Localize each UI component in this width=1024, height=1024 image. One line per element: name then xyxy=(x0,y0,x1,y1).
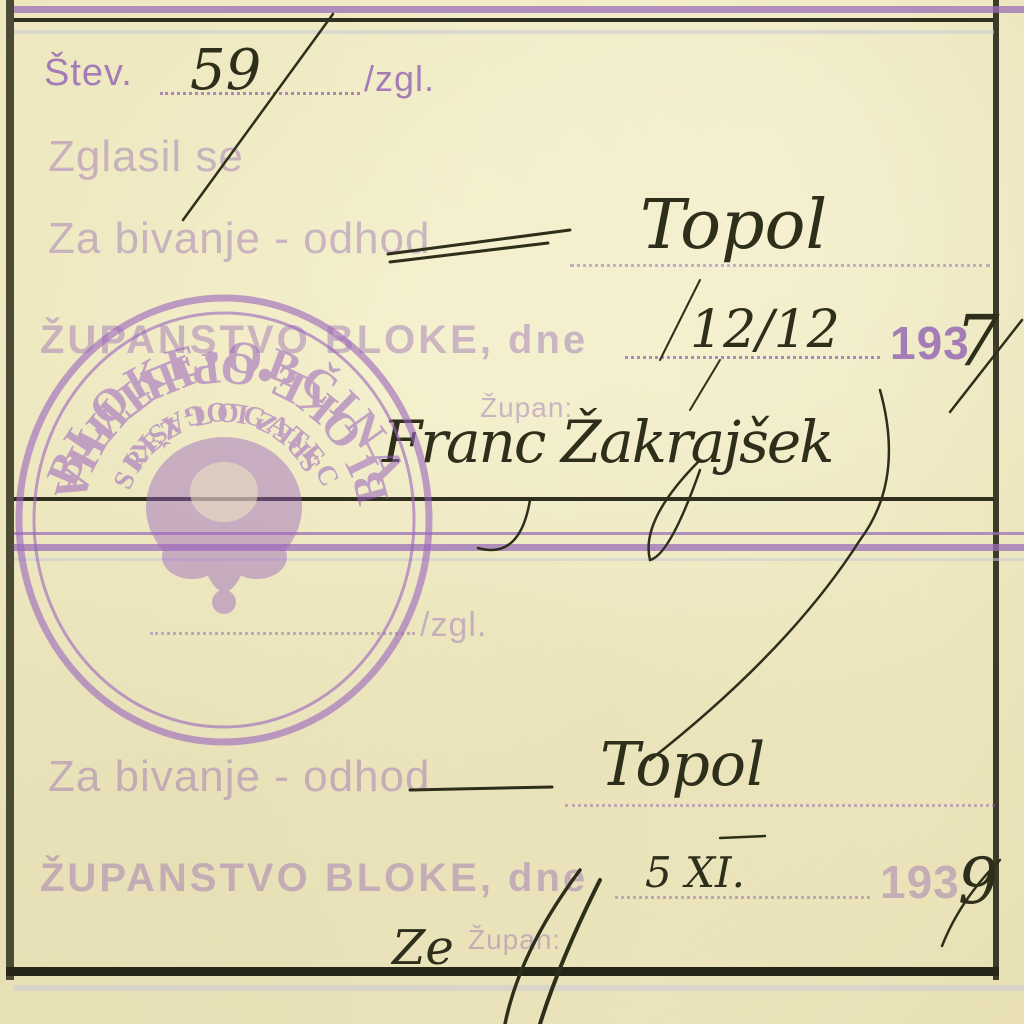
handwritten-stay-place: Topol xyxy=(640,186,827,265)
lower-stay-label: Za bivanje - odhod xyxy=(48,752,430,802)
handwritten-year-digit: 7 xyxy=(955,300,1000,382)
frame-right-border xyxy=(993,0,999,980)
handwritten-number: 59 xyxy=(190,38,261,103)
lower-stay-dotted-line xyxy=(565,804,995,807)
lower-mayor-signature: Ze xyxy=(392,920,454,976)
lower-office-label: ŽUPANSTVO BLOKE, dne xyxy=(40,856,588,901)
mayor-signature: Franc Žakrajšek xyxy=(382,408,832,476)
lower-handwritten-year-digit: 9 xyxy=(958,845,999,919)
strike-odhod-lower xyxy=(410,787,552,790)
lower-handwritten-stay-place: Topol xyxy=(600,730,765,800)
bottom-black-rule xyxy=(6,967,999,976)
stay-label: Za bivanje - odhod xyxy=(48,214,430,264)
number-suffix: /zgl. xyxy=(364,58,435,100)
lower-number-suffix: /zgl. xyxy=(420,606,487,645)
bottom-faint-rule xyxy=(14,985,1024,991)
lower-number-dotted-line xyxy=(150,632,415,635)
registered-label: Zglasil se xyxy=(48,132,244,182)
number-label: Štev. xyxy=(44,52,133,95)
top-black-rule xyxy=(14,18,994,22)
handwritten-date: 12/12 xyxy=(690,300,840,360)
municipal-seal: BLOKE•OPШTИHA BLOKE•OBČINA SREZ LOGAŠKI … xyxy=(12,292,437,747)
lower-year-prefix: 193 xyxy=(880,855,960,909)
top-purple-rule xyxy=(14,6,1024,13)
lower-mayor-label: Župan: xyxy=(468,924,561,956)
lower-handwritten-date: 5 XI. xyxy=(645,848,745,897)
top-faint-rule xyxy=(14,30,994,34)
